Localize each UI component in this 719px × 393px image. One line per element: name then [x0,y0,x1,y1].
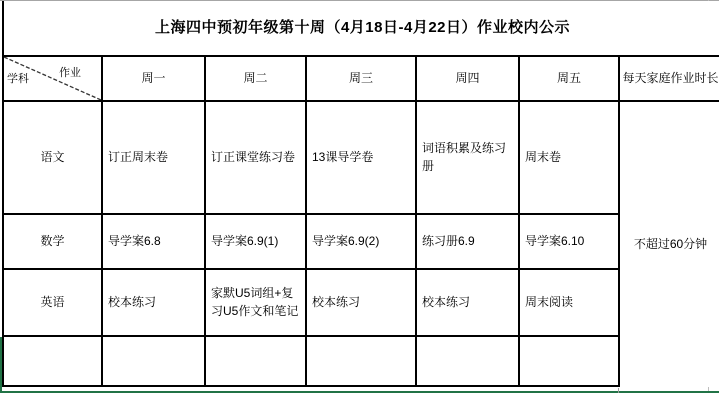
homework-cell[interactable]: 周末阅读 [520,270,620,337]
table-title-cell[interactable]: 上海四中预初年级第十周（4月18日-4月22日）作业校内公示 [4,1,719,57]
homework-cell[interactable]: 订正周末卷 [103,102,206,215]
homework-cell[interactable]: 周末卷 [520,102,620,215]
homework-cell[interactable]: 练习册6.9 [417,215,520,270]
homework-cell[interactable]: 导学案6.8 [103,215,206,270]
page-break-left-line [0,337,2,393]
homework-cell[interactable]: 13课导学卷 [307,102,417,215]
subject-cell-math[interactable]: 数学 [4,215,103,270]
header-thursday[interactable]: 周四 [417,57,520,102]
homework-cell[interactable]: 校本练习 [417,270,520,337]
homework-cell[interactable]: 校本练习 [307,270,417,337]
corner-header-cell[interactable]: 学科 作业 [4,57,103,102]
homework-cell[interactable]: 导学案6.10 [520,215,620,270]
homework-cell[interactable] [307,337,417,387]
subject-cell-english[interactable]: 英语 [4,270,103,337]
homework-axis-label: 作业 [59,66,81,82]
header-wednesday[interactable]: 周三 [307,57,417,102]
border-tail-line [618,388,619,393]
homework-cell[interactable] [206,337,307,387]
spreadsheet-view: 上海四中预初年级第十周（4月18日-4月22日）作业校内公示 学科 作业 周一 … [0,0,719,393]
homework-cell[interactable]: 校本练习 [103,270,206,337]
subject-cell-empty[interactable] [4,337,103,387]
header-friday[interactable]: 周五 [520,57,620,102]
homework-cell[interactable]: 家默U5词组+复习U5作文和笔记 [206,270,307,337]
header-tuesday[interactable]: 周二 [206,57,307,102]
homework-cell[interactable]: 导学案6.9(2) [307,215,417,270]
homework-cell[interactable] [417,337,520,387]
header-monday[interactable]: 周一 [103,57,206,102]
homework-cell[interactable]: 词语积累及练习册 [417,102,520,215]
homework-cell[interactable]: 订正课堂练习卷 [206,102,307,215]
homework-table: 上海四中预初年级第十周（4月18日-4月22日）作业校内公示 学科 作业 周一 … [2,1,719,387]
header-duration[interactable]: 每天家庭作业时长 [620,57,719,102]
homework-cell[interactable]: 导学案6.9(1) [206,215,307,270]
duration-value-cell[interactable]: 不超过60分钟 [620,102,719,387]
homework-cell[interactable] [520,337,620,387]
homework-cell[interactable] [103,337,206,387]
subject-cell-chinese[interactable]: 语文 [4,102,103,215]
subject-axis-label: 学科 [7,72,29,88]
